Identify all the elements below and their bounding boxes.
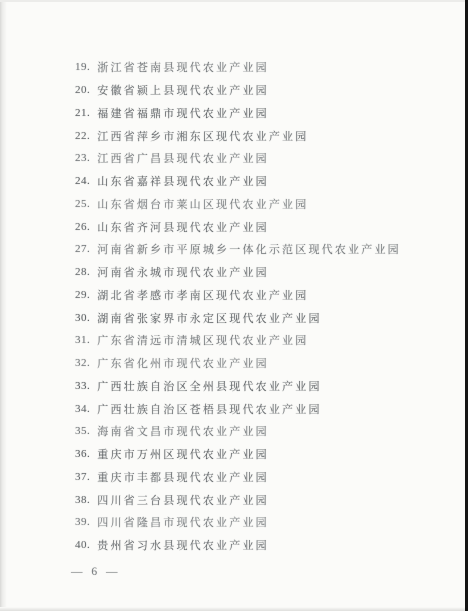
item-number: 33. (75, 380, 90, 392)
document-page: 19. 浙江省苍南县现代农业产业园 20. 安徽省颍上县现代农业产业园 21. … (0, 0, 468, 611)
item-name: 浙江省苍南县现代农业产业园 (97, 59, 269, 75)
list-item: 20. 安徽省颍上县现代农业产业园 (75, 79, 455, 102)
item-name: 江西省萍乡市湘东区现代农业产业园 (97, 128, 308, 144)
item-name: 广东省化州市现代农业产业园 (97, 355, 269, 371)
list-item: 39. 四川省隆昌市现代农业产业园 (75, 511, 455, 534)
scan-edge-left (0, 0, 7, 611)
item-number: 20. (75, 84, 90, 96)
item-number: 25. (75, 198, 90, 210)
item-name: 山东省烟台市莱山区现代农业产业园 (97, 196, 308, 212)
item-number: 29. (75, 289, 90, 301)
list-item: 26. 山东省齐河县现代农业产业园 (75, 215, 455, 238)
list-item: 19. 浙江省苍南县现代农业产业园 (75, 56, 455, 79)
list-item: 23. 江西省广昌县现代农业产业园 (75, 147, 455, 170)
item-name: 河南省永城市现代农业产业园 (97, 264, 269, 280)
scan-edge-top (0, 0, 468, 2)
agriculture-park-list: 19. 浙江省苍南县现代农业产业园 20. 安徽省颍上县现代农业产业园 21. … (75, 56, 455, 557)
item-name: 广西壮族自治区苍梧县现代农业产业园 (97, 401, 321, 417)
item-number: 38. (75, 494, 90, 506)
item-name: 广东省清远市清城区现代农业产业园 (97, 332, 308, 348)
list-item: 21. 福建省福鼎市现代农业产业园 (75, 102, 455, 125)
item-number: 37. (75, 471, 90, 483)
item-name: 湖南省张家界市永定区现代农业产业园 (97, 310, 321, 326)
list-item: 38. 四川省三台县现代农业产业园 (75, 488, 455, 511)
list-item: 33. 广西壮族自治区全州县现代农业产业园 (75, 375, 455, 398)
item-name: 福建省福鼎市现代农业产业园 (97, 105, 269, 121)
list-item: 36. 重庆市万州区现代农业产业园 (75, 443, 455, 466)
item-number: 36. (75, 448, 90, 460)
item-number: 32. (75, 357, 90, 369)
item-number: 21. (75, 107, 90, 119)
list-item: 31. 广东省清远市清城区现代农业产业园 (75, 329, 455, 352)
item-number: 26. (75, 221, 90, 233)
list-item: 37. 重庆市丰都县现代农业产业园 (75, 466, 455, 489)
list-item: 30. 湖南省张家界市永定区现代农业产业园 (75, 306, 455, 329)
item-number: 27. (75, 243, 90, 255)
item-number: 23. (75, 152, 90, 164)
list-item: 27. 河南省新乡市平原城乡一体化示范区现代农业产业园 (75, 238, 455, 261)
item-number: 28. (75, 266, 90, 278)
item-name: 四川省三台县现代农业产业园 (97, 492, 269, 508)
item-name: 江西省广昌县现代农业产业园 (97, 150, 269, 166)
item-name: 河南省新乡市平原城乡一体化示范区现代农业产业园 (97, 241, 401, 257)
list-item: 28. 河南省永城市现代农业产业园 (75, 261, 455, 284)
list-item: 40. 贵州省习水县现代农业产业园 (75, 534, 455, 557)
item-name: 贵州省习水县现代农业产业园 (97, 537, 269, 553)
item-number: 19. (75, 61, 90, 73)
item-name: 四川省隆昌市现代农业产业园 (97, 514, 269, 530)
item-name: 重庆市丰都县现代农业产业园 (97, 469, 269, 485)
list-item: 34. 广西壮族自治区苍梧县现代农业产业园 (75, 397, 455, 420)
page-number: — 6 — (71, 566, 121, 578)
item-number: 39. (75, 516, 90, 528)
scan-edge-bottom (0, 607, 465, 611)
item-number: 22. (75, 130, 90, 142)
list-item: 35. 海南省文昌市现代农业产业园 (75, 420, 455, 443)
item-name: 安徽省颍上县现代农业产业园 (97, 82, 269, 98)
list-item: 32. 广东省化州市现代农业产业园 (75, 352, 455, 375)
list-item: 24. 山东省嘉祥县现代农业产业园 (75, 170, 455, 193)
item-name: 山东省嘉祥县现代农业产业园 (97, 173, 269, 189)
item-number: 24. (75, 175, 90, 187)
list-item: 22. 江西省萍乡市湘东区现代农业产业园 (75, 124, 455, 147)
item-number: 40. (75, 539, 90, 551)
item-number: 34. (75, 403, 90, 415)
item-name: 重庆市万州区现代农业产业园 (97, 446, 269, 462)
item-number: 35. (75, 425, 90, 437)
item-name: 湖北省孝感市孝南区现代农业产业园 (97, 287, 308, 303)
item-number: 31. (75, 334, 90, 346)
item-name: 海南省文昌市现代农业产业园 (97, 423, 269, 439)
list-item: 25. 山东省烟台市莱山区现代农业产业园 (75, 193, 455, 216)
item-name: 广西壮族自治区全州县现代农业产业园 (97, 378, 321, 394)
list-item: 29. 湖北省孝感市孝南区现代农业产业园 (75, 284, 455, 307)
item-name: 山东省齐河县现代农业产业园 (97, 219, 269, 235)
item-number: 30. (75, 312, 90, 324)
